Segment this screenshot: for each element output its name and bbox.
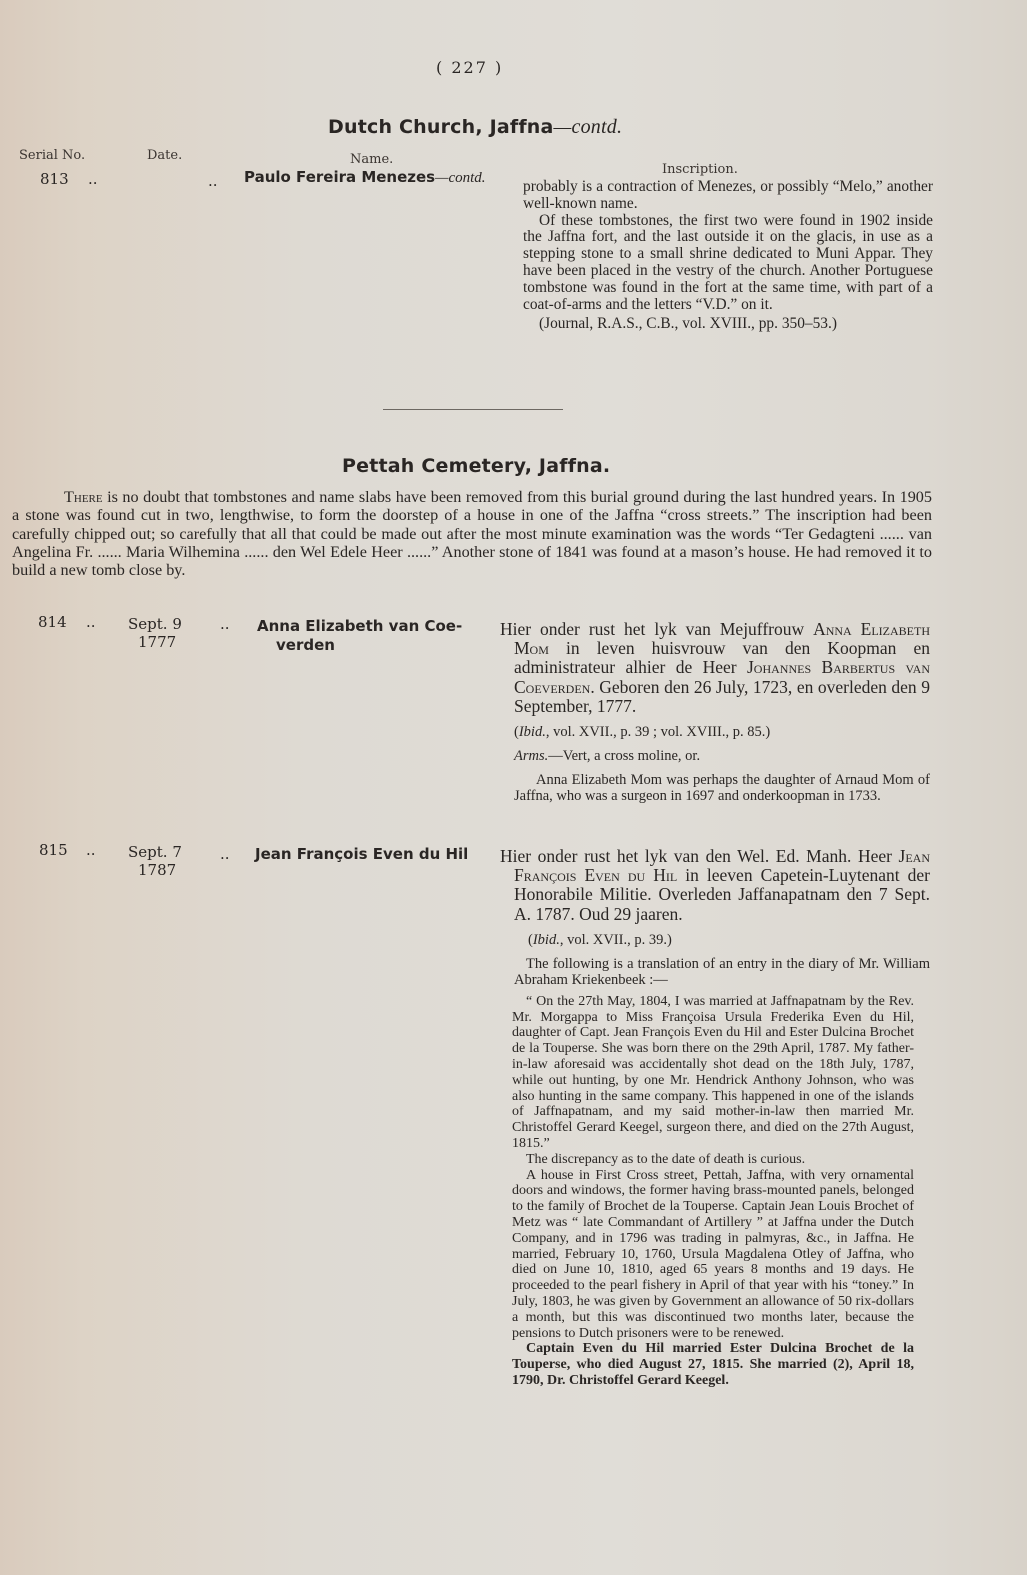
document-page: ( 227 ) Dutch Church, Jaffna—contd. Seri… [0,0,1027,1575]
ibid-reference: (Ibid., vol. XVII., p. 39 ; vol. XVIII.,… [500,724,930,740]
entry-813-serial-dots: .. [88,170,98,188]
entry-814-name: Anna Elizabeth van Coe- [257,617,462,635]
section-title-text: Dutch Church, Jaffna [328,116,554,138]
section-title-dutch-church: Dutch Church, Jaffna—contd. [328,116,622,139]
entry-815-serial: 815 [39,841,68,859]
entry-813-inscription: probably is a contraction of Menezes, or… [523,179,933,333]
brochet-family-note: A house in First Cross street, Pettah, J… [500,1168,914,1342]
entry-814-serial: 814 [38,613,67,631]
column-header-name: Name. [350,152,393,167]
column-header-serial: Serial No. [19,148,85,163]
arms-description: Arms.—Vert, a cross moline, or. [500,748,930,764]
journal-reference: (Journal, R.A.S., C.B., vol. XVIII., pp.… [523,316,933,333]
pettah-intro-paragraph: There is no doubt that tombstones and na… [12,488,932,579]
entry-813-serial: 813 [40,170,69,188]
inscription-paragraph: Of these tombstones, the first two were … [523,213,933,314]
discrepancy-note: The discrepancy as to the date of death … [500,1152,914,1168]
section-title-contd: —contd. [554,116,623,138]
entry-814-date: Sept. 9 [128,615,182,633]
entry-813-name-contd: —contd. [435,170,485,186]
ibid-reference: (Ibid., vol. XVII., p. 39.) [500,932,930,948]
entry-815-inscription: Hier onder rust het lyk van den Wel. Ed.… [500,847,930,1389]
entry-814-note: Anna Elizabeth Mom was perhaps the daugh… [500,772,930,804]
inscription-text: Hier onder rust het lyk van Mejuffrouw A… [500,620,930,716]
inscription-paragraph: probably is a contraction of Menezes, or… [523,179,933,213]
entry-814-date-dots: .. [220,615,230,633]
intro-lead-word: There [64,488,103,506]
section-divider [383,409,563,410]
diary-quote: “ On the 27th May, 1804, I was married a… [500,994,914,1152]
intro-text: is no doubt that tombstones and name sla… [12,488,932,579]
column-header-inscription: Inscription. [662,162,738,177]
entry-814-name-cont: verden [276,636,335,654]
column-header-date: Date. [147,148,182,163]
section-title-pettah-cemetery: Pettah Cemetery, Jaffna. [342,455,610,477]
entry-813-name-text: Paulo Fereira Menezes [244,168,435,186]
page-number: ( 227 ) [436,58,503,77]
entry-813-date-dots: .. [208,172,218,190]
marriage-note: Captain Even du Hil married Ester Dulcin… [500,1341,914,1388]
diary-intro: The following is a translation of an ent… [500,956,930,988]
entry-813-name: Paulo Fereira Menezes—contd. [244,168,486,187]
entry-815-serial-dots: .. [86,841,96,859]
entry-815-year: 1787 [138,861,176,879]
inscription-text: Hier onder rust het lyk van den Wel. Ed.… [500,847,930,924]
entry-814-serial-dots: .. [86,613,96,631]
entry-815-date-dots: .. [220,845,230,863]
entry-815-name: Jean François Even du Hil [255,845,468,863]
entry-814-inscription: Hier onder rust het lyk van Mejuffrouw A… [500,620,930,804]
entry-815-date: Sept. 7 [128,843,182,861]
entry-814-year: 1777 [138,633,176,651]
